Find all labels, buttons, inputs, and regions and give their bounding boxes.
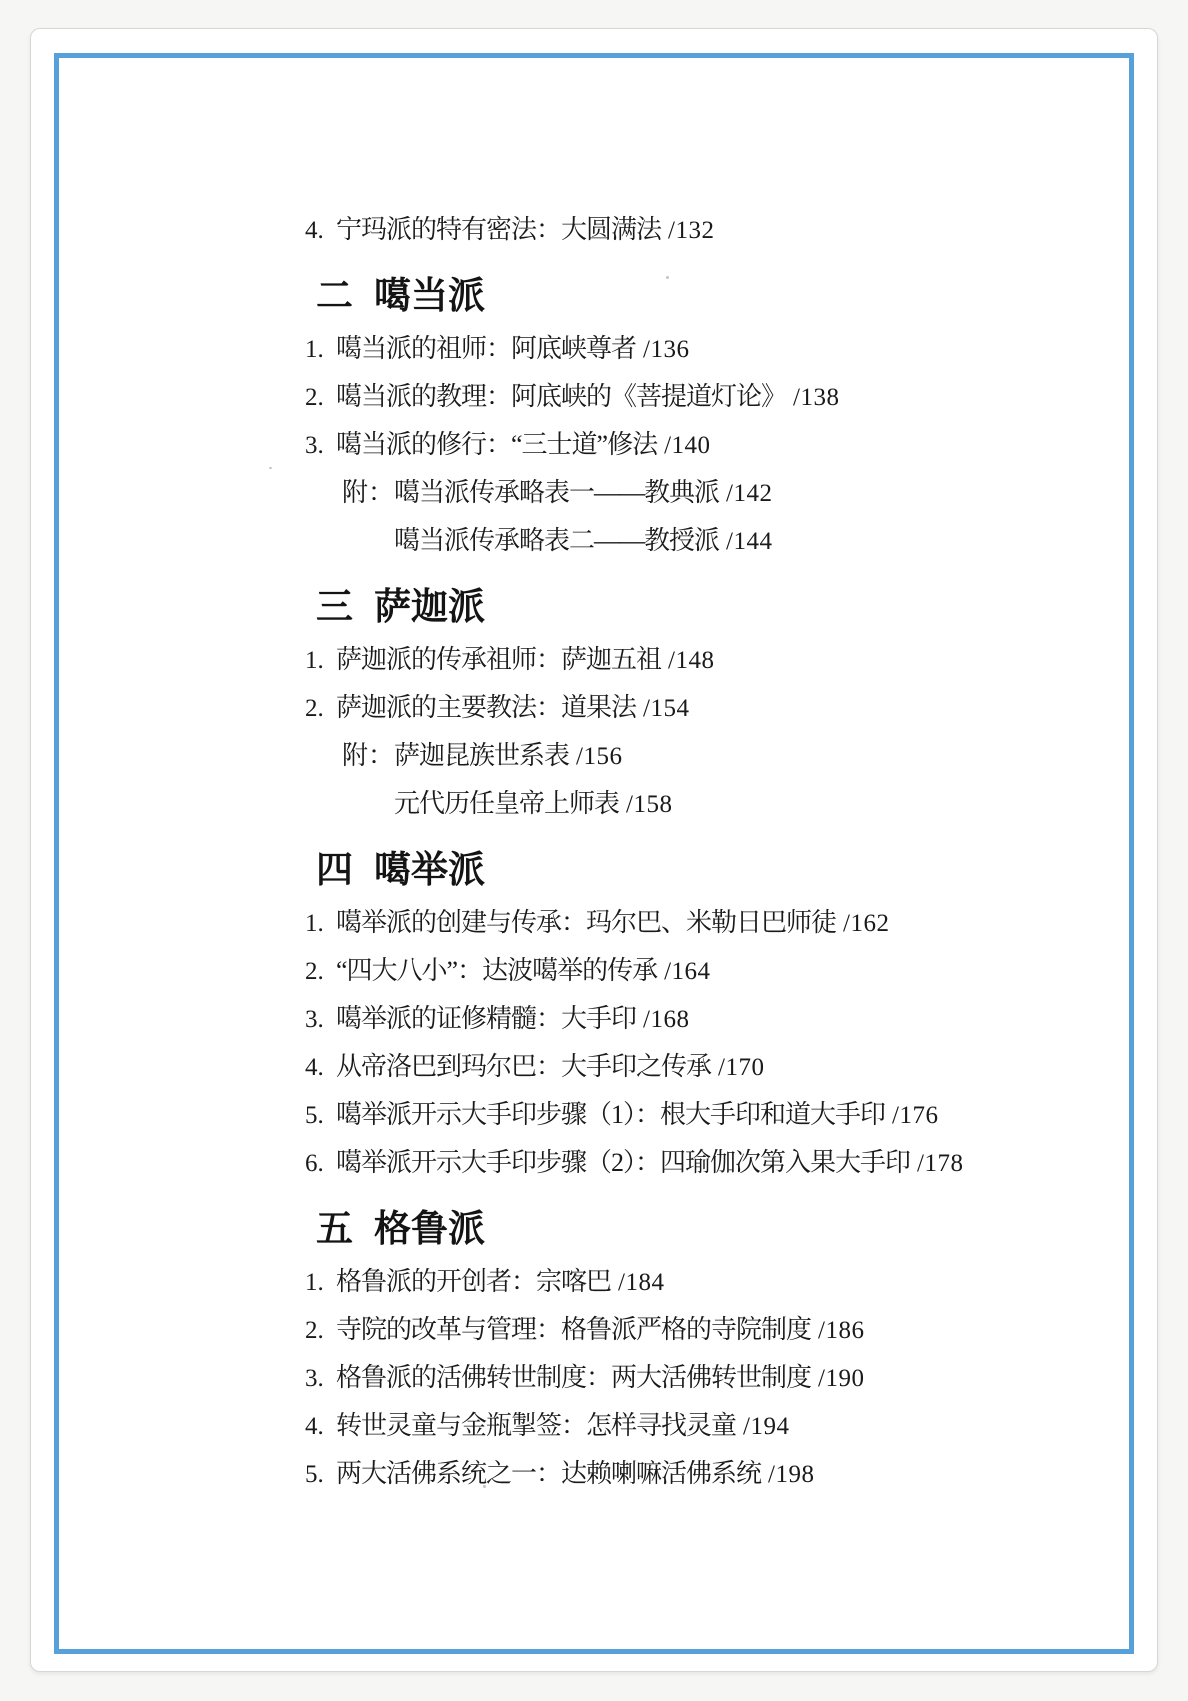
toc-section-heading: 四噶举派 <box>305 843 1129 899</box>
entry-title: 两大活佛系统之一：达赖喇嘛活佛系统 <box>336 1459 761 1488</box>
entry-page-number: /144 <box>726 528 772 555</box>
appendix-label: 附： <box>342 732 394 779</box>
entry-number: 4. <box>305 1044 336 1091</box>
entry-page-number: /140 <box>664 432 710 459</box>
entry-number: 3. <box>305 996 336 1043</box>
toc-list: 4.宁玛派的特有密法：大圆满法/132二噶当派1.噶当派的祖师：阿底峡尊者/13… <box>59 58 1129 1649</box>
entry-title: 噶当派传承略表一——教典派 <box>394 478 719 507</box>
toc-appendix-entry: 元代历任皇帝上师表/158 <box>305 780 1129 828</box>
entry-number: 3. <box>305 1355 336 1402</box>
entry-title: 噶举派开示大手印步骤（2）：四瑜伽次第入果大手印 <box>336 1148 910 1177</box>
appendix-label: 附： <box>342 469 394 516</box>
entry-number: 4. <box>305 207 336 254</box>
entry-number: 6. <box>305 1140 336 1187</box>
entry-title: 转世灵童与金瓶掣签：怎样寻找灵童 <box>336 1411 736 1440</box>
entry-title: 宁玛派的特有密法：大圆满法 <box>336 215 661 244</box>
entry-page-number: /186 <box>818 1317 864 1344</box>
entry-title: 噶举派的证修精髓：大手印 <box>336 1004 636 1033</box>
entry-number: 1. <box>305 326 336 373</box>
entry-page-number: /158 <box>626 791 672 818</box>
toc-entry: 1.萨迦派的传承祖师：萨迦五祖/148 <box>305 636 1129 684</box>
section-number: 二 <box>316 269 374 325</box>
entry-number: 3. <box>305 422 336 469</box>
entry-page-number: /178 <box>917 1150 963 1177</box>
entry-page-number: /184 <box>618 1269 664 1296</box>
toc-appendix-entry: 附：噶当派传承略表一——教典派/142 <box>305 469 1129 517</box>
entry-title: 元代历任皇帝上师表 <box>394 789 619 818</box>
toc-entry: 2.噶当派的教理：阿底峡的《菩提道灯论》/138 <box>305 373 1129 421</box>
entry-number: 1. <box>305 637 336 684</box>
entry-page-number: /168 <box>643 1006 689 1033</box>
toc-entry: 6.噶举派开示大手印步骤（2）：四瑜伽次第入果大手印/178 <box>305 1139 1129 1187</box>
section-number: 三 <box>316 580 374 636</box>
entry-number: 2. <box>305 685 336 732</box>
entry-number: 2. <box>305 1307 336 1354</box>
entry-page-number: /148 <box>668 647 714 674</box>
toc-entry: 2.寺院的改革与管理：格鲁派严格的寺院制度/186 <box>305 1306 1129 1354</box>
entry-number: 1. <box>305 900 336 947</box>
entry-title: 噶当派的祖师：阿底峡尊者 <box>336 334 636 363</box>
entry-title: 噶举派的创建与传承：玛尔巴、米勒日巴师徒 <box>336 908 836 937</box>
entry-number: 2. <box>305 374 336 421</box>
decorative-border-inner: 4.宁玛派的特有密法：大圆满法/132二噶当派1.噶当派的祖师：阿底峡尊者/13… <box>54 53 1134 1654</box>
toc-entry: 4.从帝洛巴到玛尔巴：大手印之传承/170 <box>305 1043 1129 1091</box>
entry-title: 从帝洛巴到玛尔巴：大手印之传承 <box>336 1052 711 1081</box>
entry-number: 4. <box>305 1403 336 1450</box>
book-page-card: 4.宁玛派的特有密法：大圆满法/132二噶当派1.噶当派的祖师：阿底峡尊者/13… <box>30 28 1158 1672</box>
toc-entry: 1.噶当派的祖师：阿底峡尊者/136 <box>305 325 1129 373</box>
toc-appendix-entry: 噶当派传承略表二——教授派/144 <box>305 517 1129 565</box>
entry-title: 噶举派开示大手印步骤（1）：根大手印和道大手印 <box>336 1100 885 1129</box>
entry-page-number: /156 <box>576 743 622 770</box>
entry-title: 萨迦派的主要教法：道果法 <box>336 693 636 722</box>
entry-number: 5. <box>305 1092 336 1139</box>
toc-entry: 2.萨迦派的主要教法：道果法/154 <box>305 684 1129 732</box>
section-number: 四 <box>316 843 374 899</box>
toc-entry: 1.噶举派的创建与传承：玛尔巴、米勒日巴师徒/162 <box>305 899 1129 947</box>
entry-page-number: /132 <box>668 217 714 244</box>
toc-entry: 3.格鲁派的活佛转世制度：两大活佛转世制度/190 <box>305 1354 1129 1402</box>
toc-entry: 4.转世灵童与金瓶掣签：怎样寻找灵童/194 <box>305 1402 1129 1450</box>
entry-page-number: /190 <box>818 1365 864 1392</box>
scan-speck <box>269 467 272 469</box>
entry-number: 2. <box>305 948 336 995</box>
section-title: 格鲁派 <box>374 1209 485 1250</box>
toc-section-heading: 二噶当派 <box>305 269 1129 325</box>
entry-page-number: /170 <box>718 1054 764 1081</box>
toc-entry: 5.噶举派开示大手印步骤（1）：根大手印和道大手印/176 <box>305 1091 1129 1139</box>
entry-title: 噶当派的教理：阿底峡的《菩提道灯论》 <box>336 382 786 411</box>
section-title: 萨迦派 <box>374 587 485 628</box>
screenshot-root: { "page": { "background_color": "#f6f6f4… <box>0 0 1188 1701</box>
entry-page-number: /194 <box>743 1413 789 1440</box>
entry-title: 噶当派的修行：“三士道”修法 <box>336 430 657 459</box>
entry-number: 1. <box>305 1259 336 1306</box>
toc-section-heading: 五格鲁派 <box>305 1202 1129 1258</box>
toc-entry: 4.宁玛派的特有密法：大圆满法/132 <box>305 206 1129 254</box>
entry-number: 5. <box>305 1451 336 1498</box>
scan-speck <box>483 1485 486 1488</box>
toc-entry: 2.“四大八小”：达波噶举的传承/164 <box>305 947 1129 995</box>
entry-title: 萨迦派的传承祖师：萨迦五祖 <box>336 645 661 674</box>
entry-page-number: /136 <box>643 336 689 363</box>
decorative-border-outer: 4.宁玛派的特有密法：大圆满法/132二噶当派1.噶当派的祖师：阿底峡尊者/13… <box>51 50 1137 1657</box>
entry-title: “四大八小”：达波噶举的传承 <box>336 956 657 985</box>
toc-appendix-entry: 附：萨迦昆族世系表/156 <box>305 732 1129 780</box>
section-title: 噶当派 <box>374 276 485 317</box>
entry-title: 噶当派传承略表二——教授派 <box>394 526 719 555</box>
toc-entry: 1.格鲁派的开创者：宗喀巴/184 <box>305 1258 1129 1306</box>
section-title: 噶举派 <box>374 850 485 891</box>
entry-title: 萨迦昆族世系表 <box>394 741 569 770</box>
entry-page-number: /162 <box>843 910 889 937</box>
scan-speck <box>666 276 669 279</box>
toc-entry: 3.噶举派的证修精髓：大手印/168 <box>305 995 1129 1043</box>
toc-entry: 5.两大活佛系统之一：达赖喇嘛活佛系统/198 <box>305 1450 1129 1498</box>
entry-page-number: /138 <box>793 384 839 411</box>
entry-page-number: /164 <box>664 958 710 985</box>
entry-page-number: /154 <box>643 695 689 722</box>
toc-entry: 3.噶当派的修行：“三士道”修法/140 <box>305 421 1129 469</box>
entry-title: 格鲁派的开创者：宗喀巴 <box>336 1267 611 1296</box>
entry-title: 格鲁派的活佛转世制度：两大活佛转世制度 <box>336 1363 811 1392</box>
section-number: 五 <box>316 1202 374 1258</box>
entry-page-number: /198 <box>768 1461 814 1488</box>
entry-page-number: /142 <box>726 480 772 507</box>
scan-speck <box>681 1474 684 1476</box>
entry-title: 寺院的改革与管理：格鲁派严格的寺院制度 <box>336 1315 811 1344</box>
toc-section-heading: 三萨迦派 <box>305 580 1129 636</box>
entry-page-number: /176 <box>892 1102 938 1129</box>
